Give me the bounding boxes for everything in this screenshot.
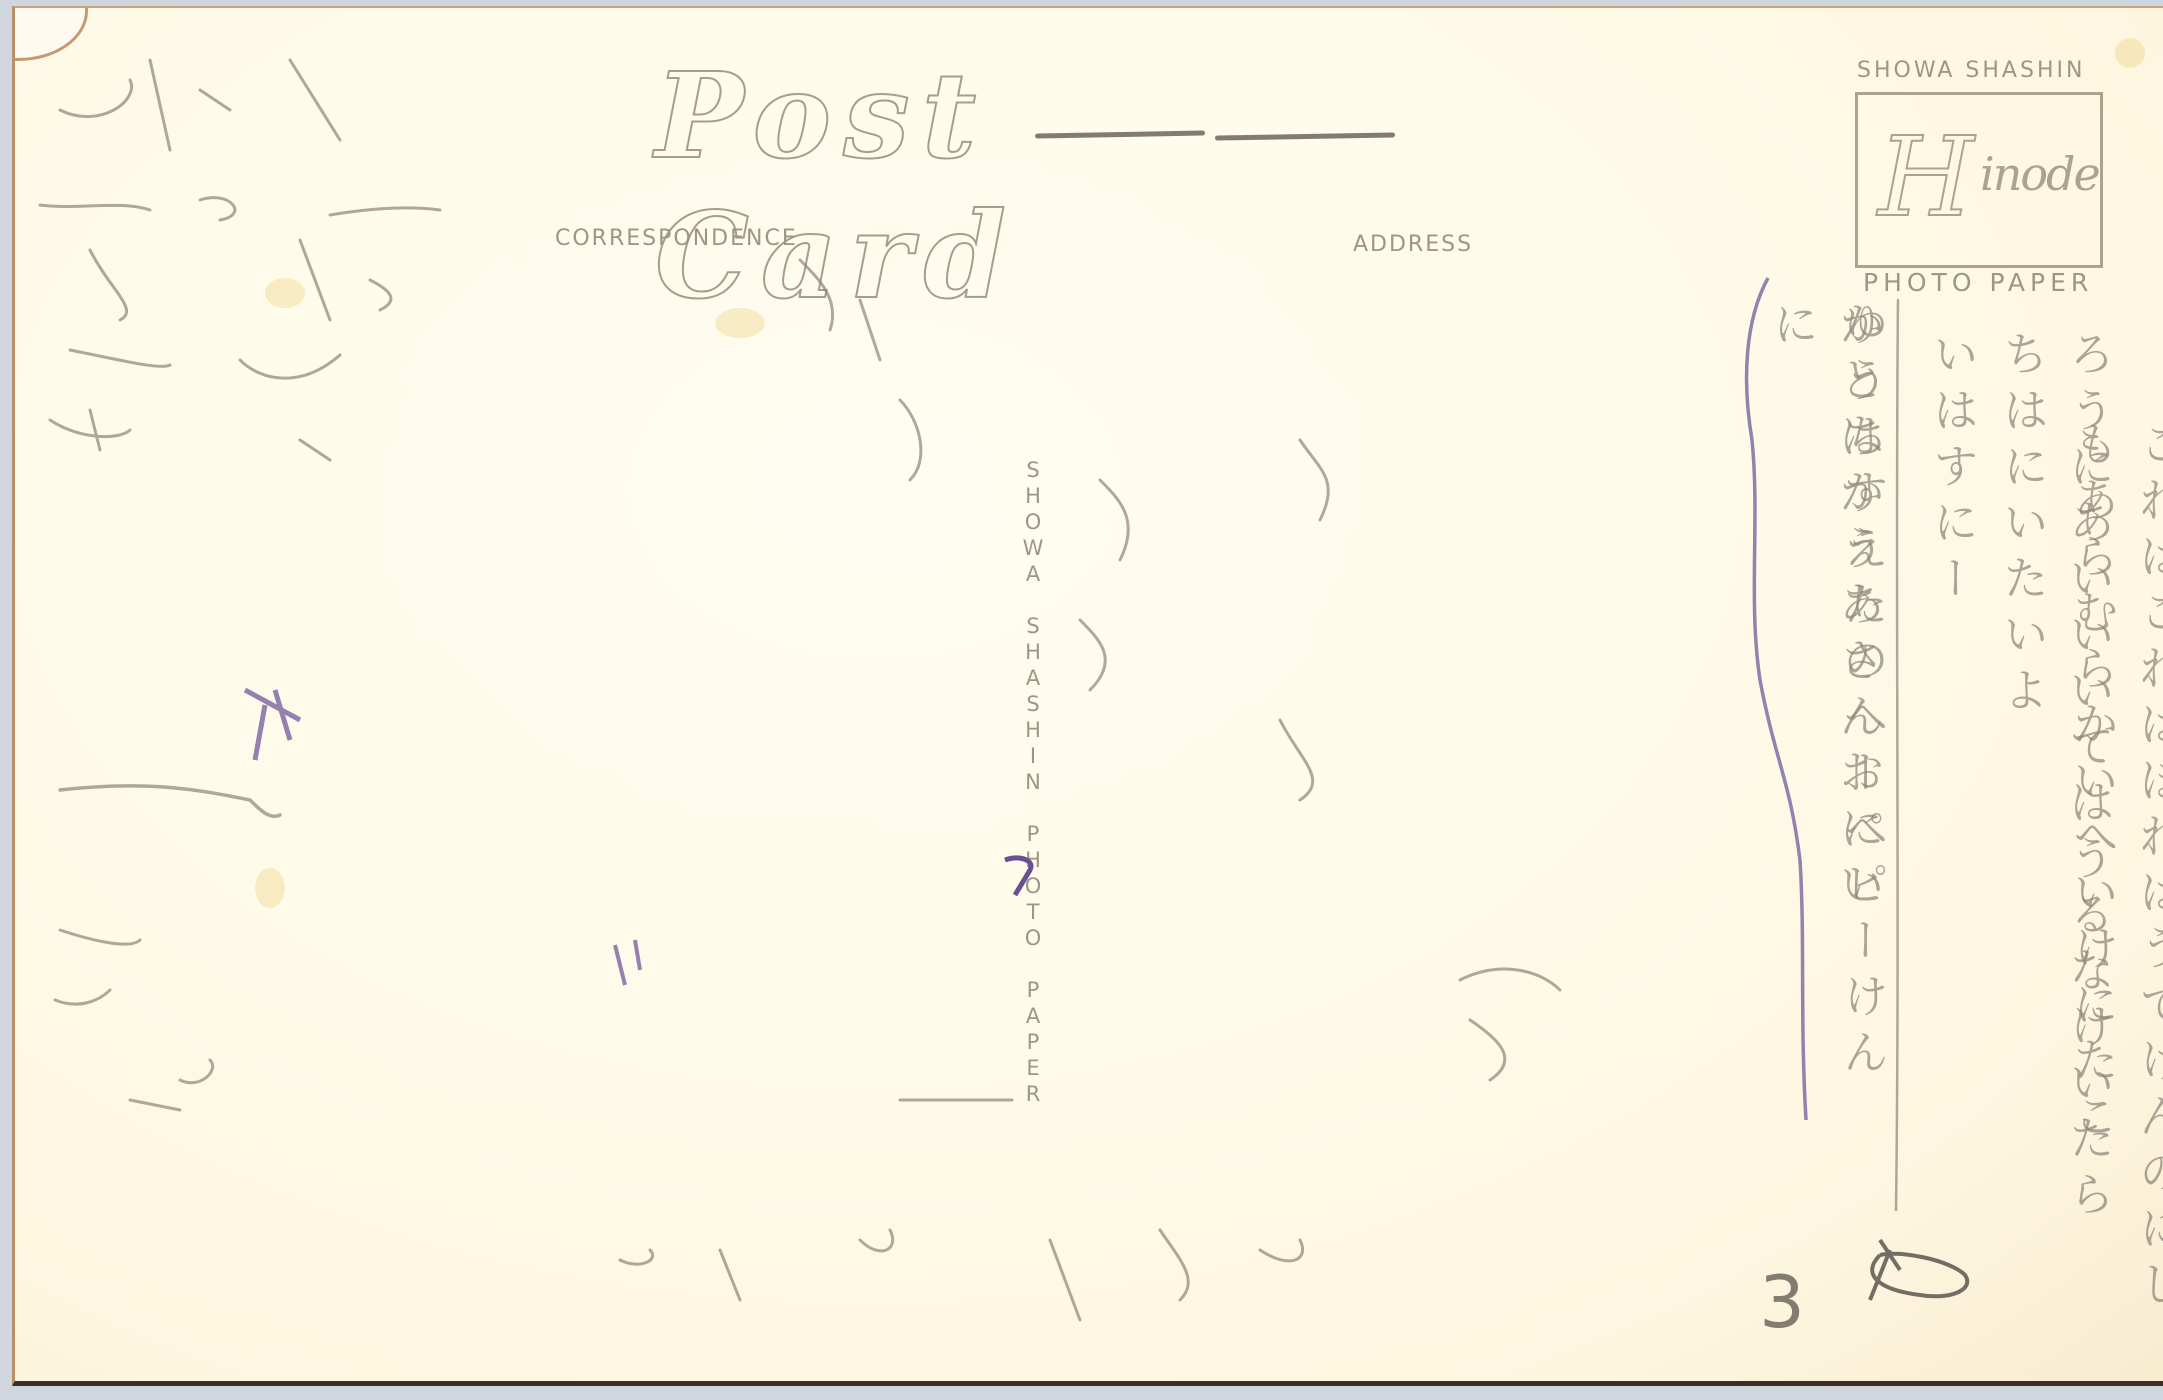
- handwritten-number: 3: [1740, 1260, 1824, 1358]
- logo-box: H inode: [1855, 92, 2103, 268]
- stain: [2115, 38, 2145, 68]
- handwritten-column: いはすにー: [1920, 330, 1986, 750]
- stain: [265, 278, 305, 308]
- logo-mark: H: [1878, 107, 1974, 247]
- worn-corner: [15, 8, 88, 61]
- logo-top-text: SHOWA SHASHIN: [1857, 58, 2085, 83]
- postcard-title: Post Card: [655, 46, 1395, 186]
- logo-word: inode: [1980, 147, 2099, 201]
- correspondence-label: CORRESPONDENCE: [555, 226, 798, 251]
- handwritten-column: ろうにあいいいてはうるなけいたらちはにいたいよ: [1990, 330, 2122, 1250]
- address-label: ADDRESS: [1353, 232, 1473, 257]
- logo-bottom-text: PHOTO PAPER: [1863, 268, 2093, 297]
- stain: [255, 868, 285, 908]
- divider-printed-text: SHOWA SHASHIN PHOTO PAPER: [1019, 458, 1045, 1108]
- handwritten-column: かとはかうあさんおにいに: [1760, 300, 1892, 940]
